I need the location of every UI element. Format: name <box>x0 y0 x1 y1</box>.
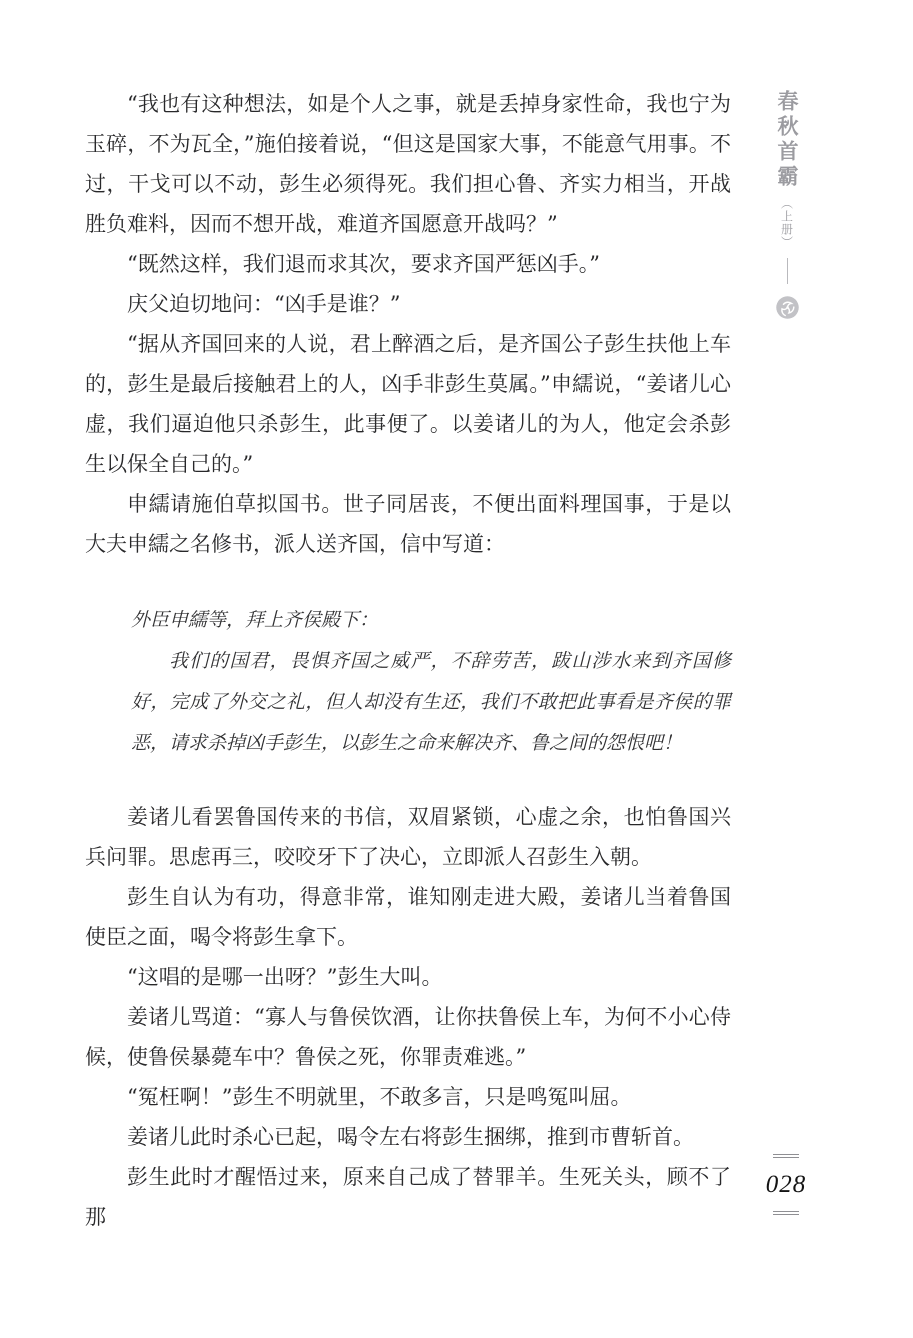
book-page: “我也有这种想法，如是个人之事，就是丢掉身家性命，我也宁为玉碎，不为瓦全，”施伯… <box>0 0 913 1338</box>
paragraph: 彭生此时才醒悟过来，原来自己成了替罪羊。生死关头，顾不了那 <box>85 1157 731 1237</box>
paragraph: 申繻请施伯草拟国书。世子同居丧，不便出面料理国事，于是以大夫申繻之名修书，派人送… <box>85 484 731 564</box>
paragraph: 姜诸儿此时杀心已起，喝令左右将彭生捆绑，推到市曹斩首。 <box>85 1117 731 1157</box>
book-title-sidebar: 春秋首霸 （上册） <box>767 90 807 321</box>
paragraph: 姜诸儿看罢鲁国传来的书信，双眉紧锁，心虚之余，也怕鲁国兴兵问罪。思虑再三，咬咬牙… <box>85 797 731 877</box>
paragraph: “冤枉啊！”彭生不明就里，不敢多言，只是鸣冤叫屈。 <box>85 1077 731 1117</box>
volume-label: （上册） <box>779 197 796 249</box>
paragraph: “据从齐国回来的人说，君上醉酒之后，是齐国公子彭生扶他上车的，彭生是最后接触君上… <box>85 324 731 484</box>
page-number-rule-top <box>773 1154 799 1158</box>
page-number-block: 028 <box>764 1154 808 1215</box>
paragraph: 姜诸儿骂道：“寡人与鲁侯饮酒，让你扶鲁侯上车，为何不小心侍候，使鲁侯暴薨车中？鲁… <box>85 997 731 1077</box>
paragraph: 彭生自认为有功，得意非常，谁知刚走进大殿，姜诸儿当着鲁国使臣之面，喝令将彭生拿下… <box>85 877 731 957</box>
paragraph: “既然这样，我们退而求其次，要求齐国严惩凶手。” <box>85 244 731 284</box>
seal-ornament-icon <box>774 294 801 321</box>
paragraph: “这唱的是哪一出呀？”彭生大叫。 <box>85 957 731 997</box>
page-number: 028 <box>764 1171 808 1199</box>
letter-body: 我们的国君，畏惧齐国之威严，不辞劳苦，跋山涉水来到齐国修好，完成了外交之礼，但人… <box>131 641 731 764</box>
page-number-rule-bottom <box>773 1211 799 1215</box>
sidebar-divider <box>787 258 788 284</box>
letter-block: 外臣申繻等，拜上齐侯殿下： 我们的国君，畏惧齐国之威严，不辞劳苦，跋山涉水来到齐… <box>131 600 731 764</box>
paragraph: 庆父迫切地问：“凶手是谁？” <box>85 284 731 324</box>
letter-salutation: 外臣申繻等，拜上齐侯殿下： <box>131 600 731 641</box>
page-body: “我也有这种想法，如是个人之事，就是丢掉身家性命，我也宁为玉碎，不为瓦全，”施伯… <box>85 84 731 1237</box>
book-title: 春秋首霸 <box>772 90 802 190</box>
paragraph: “我也有这种想法，如是个人之事，就是丢掉身家性命，我也宁为玉碎，不为瓦全，”施伯… <box>85 84 731 244</box>
